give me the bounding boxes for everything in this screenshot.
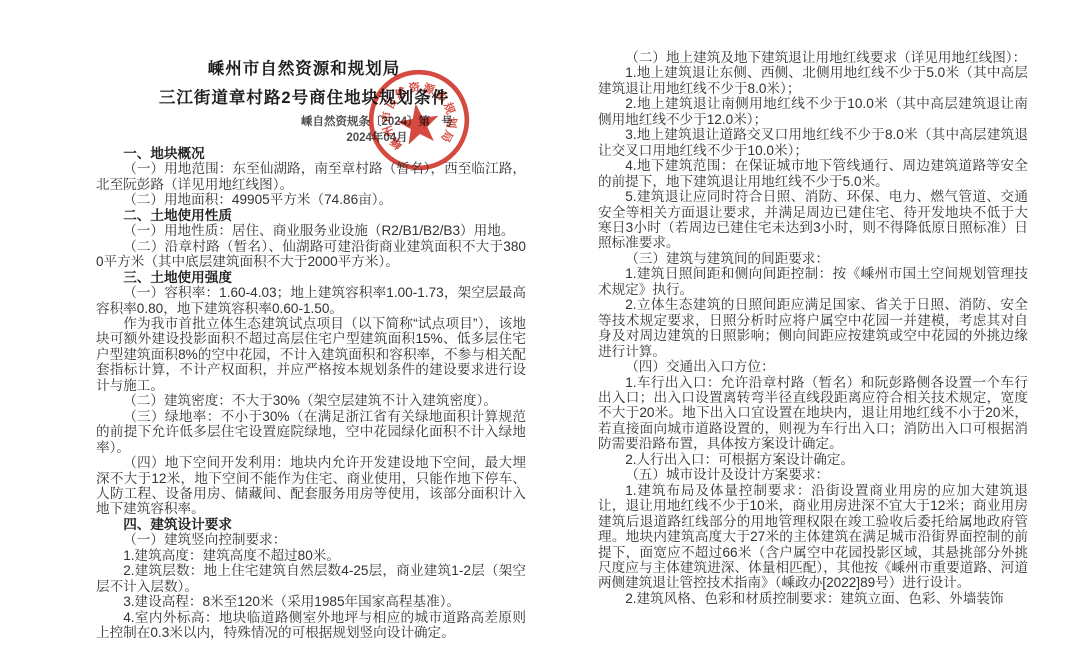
paragraph: （三）绿地率：不小于30%（在满足浙江省有关绿地面积计算规范的前提下允许低多层住… (96, 409, 526, 455)
paragraph: 1.建筑高度：建筑高度不超过80米。 (96, 548, 526, 563)
paragraph: （三）建筑与建筑间的间距要求： (598, 251, 1028, 266)
paragraph: 3.建设高程：8米至120米（采用1985年国家高程基准）。 (96, 594, 526, 609)
paragraph: 4.室内外标高：地块临道路侧室外地坪与相应的城市道路高差原则上控制在0.3米以内… (96, 610, 526, 641)
paragraph: 2.立体生态建筑的日照间距应满足国家、省关于日照、消防、安全等技术规定要求，日照… (598, 297, 1028, 359)
paragraph: 2.地上建筑退让南侧用地红线不少于10.0米（其中高层建筑退让南侧用地红线不少于… (598, 96, 1028, 127)
paragraph: （一）用地性质：居住、商业服务业设施（R2/B1/B2/B3）用地。 (96, 223, 526, 238)
paragraph: 2.建筑风格、色彩和材质控制要求：建筑立面、色彩、外墙装饰 (598, 591, 1028, 606)
document-title-subject: 三江街道章村路2号商住地块规划条件 (88, 84, 520, 108)
paragraph: 一、地块概况 (96, 146, 526, 161)
paragraph: 4.地下建筑范围：在保证城市地下管线通行、周边建筑道路等安全的前提下，地下建筑退… (598, 158, 1028, 189)
paragraph: （二）沿章村路（暂名）、仙湖路可建沿街商业建筑面积不大于3800平方米（其中底层… (96, 239, 526, 270)
paragraph: （二）用地面积：49905平方米（74.86亩）。 (96, 192, 526, 207)
document-date: 2024年04月 (237, 129, 517, 145)
paragraph: 1.地上建筑退让东侧、西侧、北侧用地红线不少于5.0米（其中高层建筑退让用地红线… (598, 65, 1028, 96)
right-text-column: （二）地上建筑及地下建筑退让用地红线要求（详见用地红线图）：1.地上建筑退让东侧… (598, 50, 1028, 606)
paragraph: （二）地上建筑及地下建筑退让用地红线要求（详见用地红线图）： (598, 50, 1028, 65)
paragraph: 2.建筑层数：地上住宅建筑自然层数4-25层，商业建筑1-2层（架空层不计入层数… (96, 563, 526, 594)
paragraph: （一）容积率：1.60-4.03；地上建筑容积率1.00-1.73，架空层最高容… (96, 285, 526, 316)
paragraph: （四）地下空间开发利用：地块内允许开发建设地下空间，最大埋深不大于12米，地下空… (96, 455, 526, 517)
left-text-column: 一、地块概况（一）用地范围：东至仙湖路，南至章村路（暂名），西至临江路，北至阮彭… (96, 146, 526, 641)
paragraph: 2.人行出入口：可根据方案设计确定。 (598, 452, 1028, 467)
paragraph: 作为我市首批立体生态建筑试点项目（以下简称“试点项目”），该地块可额外建设投影面… (96, 316, 526, 393)
document-number: 嵊自然资规条〔2024〕第 号 (237, 113, 517, 129)
document-page: 嵊州市自然资源和规划局 三江街道章村路2号商住地块规划条件 嵊自然资规条〔202… (0, 0, 1080, 658)
paragraph: （一）用地范围：东至仙湖路，南至章村路（暂名），西至临江路，北至阮彭路（详见用地… (96, 161, 526, 192)
paragraph: 1.建筑布局及体量控制要求：沿街设置商业用房的应加大建筑退让，退让用地红线不少于… (598, 483, 1028, 591)
document-title-issuer: 嵊州市自然资源和规划局 (88, 55, 520, 79)
paragraph: 四、建筑设计要求 (96, 517, 526, 532)
paragraph: （二）建筑密度：不大于30%（架空层建筑不计入建筑密度）。 (96, 393, 526, 408)
paragraph: 三、土地使用强度 (96, 270, 526, 285)
paragraph: 1.车行出入口：允许沿章村路（暂名）和阮彭路侧各设置一个车行出入口；出入口设置离… (598, 375, 1028, 452)
paragraph: （一）建筑竖向控制要求： (96, 532, 526, 547)
paragraph: （四）交通出入口方位： (598, 359, 1028, 374)
paragraph: 1.建筑日照间距和侧向间距控制：按《嵊州市国土空间规划管理技术规定》执行。 (598, 266, 1028, 297)
paragraph: 3.地上建筑退让道路交叉口用地红线不少于8.0米（其中高层建筑退让交叉口用地红线… (598, 127, 1028, 158)
paragraph: 5.建筑退让应同时符合日照、消防、环保、电力、燃气管道、交通安全等相关方面退让要… (598, 189, 1028, 251)
paragraph: 二、土地使用性质 (96, 208, 526, 223)
paragraph: （五）城市设计及设计方案要求： (598, 467, 1028, 482)
